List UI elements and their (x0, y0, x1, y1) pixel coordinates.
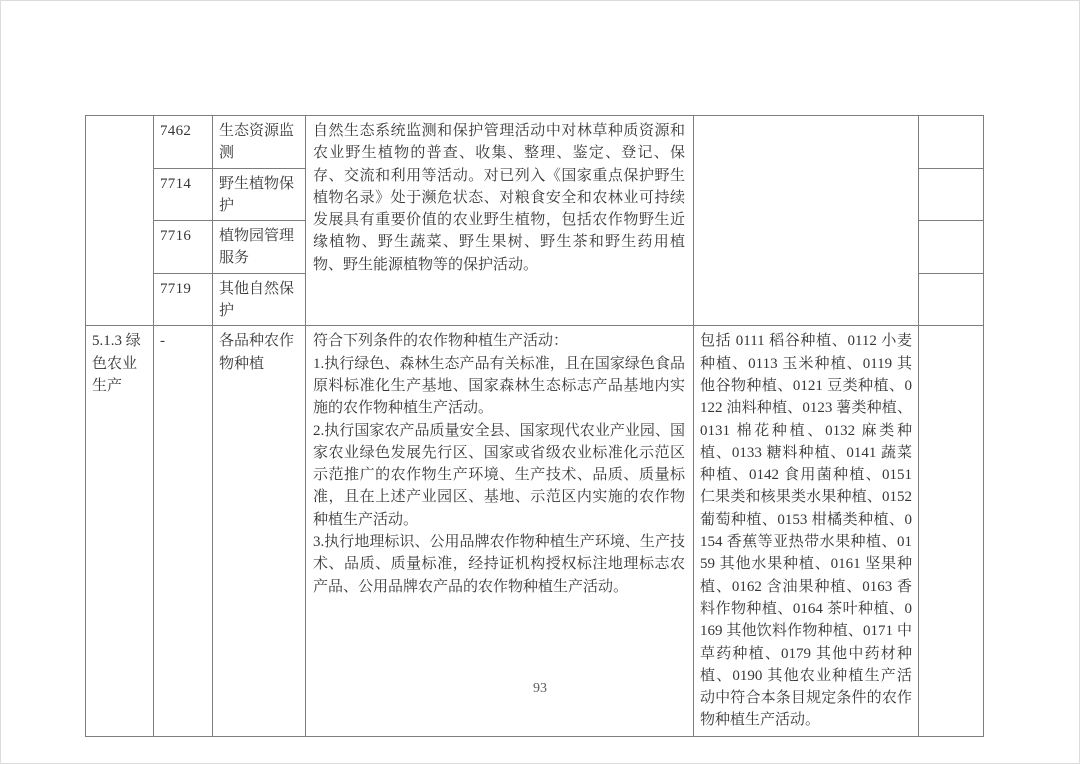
industry-code: 7714 (154, 168, 213, 221)
section2-description-cell: 符合下列条件的农作物种植生产活动： 1.执行绿色、森林生态产品有关标准，且在国家… (306, 326, 694, 736)
classification-table: 7462 生态资源监测 自然生态系统监测和保护管理活动中对林草种质资源和农业野生… (85, 115, 984, 737)
description-item-1: 1.执行绿色、森林生态产品有关标准，且在国家绿色食品原料标准化生产基地、国家森林… (313, 353, 685, 420)
industry-code: - (154, 326, 213, 736)
description-item-2: 2.执行国家农产品质量安全县、国家现代农业产业园、国家农业绿色发展先行区、国家或… (313, 420, 685, 531)
industry-name: 植物园管理服务 (213, 221, 306, 274)
industry-code: 7462 (154, 116, 213, 169)
remark-cell-empty (919, 221, 984, 274)
remark-cell-empty (919, 326, 984, 736)
industry-name: 其他自然保护 (213, 273, 306, 326)
section1-description: 自然生态系统监测和保护管理活动中对林草种质资源和农业野生植物的普查、收集、整理、… (313, 120, 685, 276)
description-intro: 符合下列条件的农作物种植生产活动： (313, 330, 685, 352)
page-number: 93 (0, 681, 1080, 697)
remark-cell-empty (919, 168, 984, 221)
remark-cell-empty (919, 116, 984, 169)
industry-name: 野生植物保护 (213, 168, 306, 221)
document-page: { "page": { "number": "93" }, "table": {… (0, 0, 1080, 764)
category-cell-empty (86, 116, 154, 326)
industry-name: 生态资源监测 (213, 116, 306, 169)
category-cell: 5.1.3 绿色农业生产 (86, 326, 154, 736)
industry-code: 7716 (154, 221, 213, 274)
section1-note-cell-empty (694, 116, 919, 326)
table-row: 5.1.3 绿色农业生产 - 各品种农作物种植 符合下列条件的农作物种植生产活动… (86, 326, 984, 736)
table-row: 7462 生态资源监测 自然生态系统监测和保护管理活动中对林草种质资源和农业野生… (86, 116, 984, 169)
section2-note-cell: 包括 0111 稻谷种植、0112 小麦种植、0113 玉米种植、0119 其他… (694, 326, 919, 736)
included-codes-note: 包括 0111 稻谷种植、0112 小麦种植、0113 玉米种植、0119 其他… (700, 330, 912, 731)
industry-code: 7719 (154, 273, 213, 326)
description-item-3: 3.执行地理标识、公用品牌农作物种植生产环境、生产技术、品质、质量标准，经持证机… (313, 531, 685, 598)
industry-name: 各品种农作物种植 (213, 326, 306, 736)
remark-cell-empty (919, 273, 984, 326)
section1-description-cell: 自然生态系统监测和保护管理活动中对林草种质资源和农业野生植物的普查、收集、整理、… (306, 116, 694, 326)
